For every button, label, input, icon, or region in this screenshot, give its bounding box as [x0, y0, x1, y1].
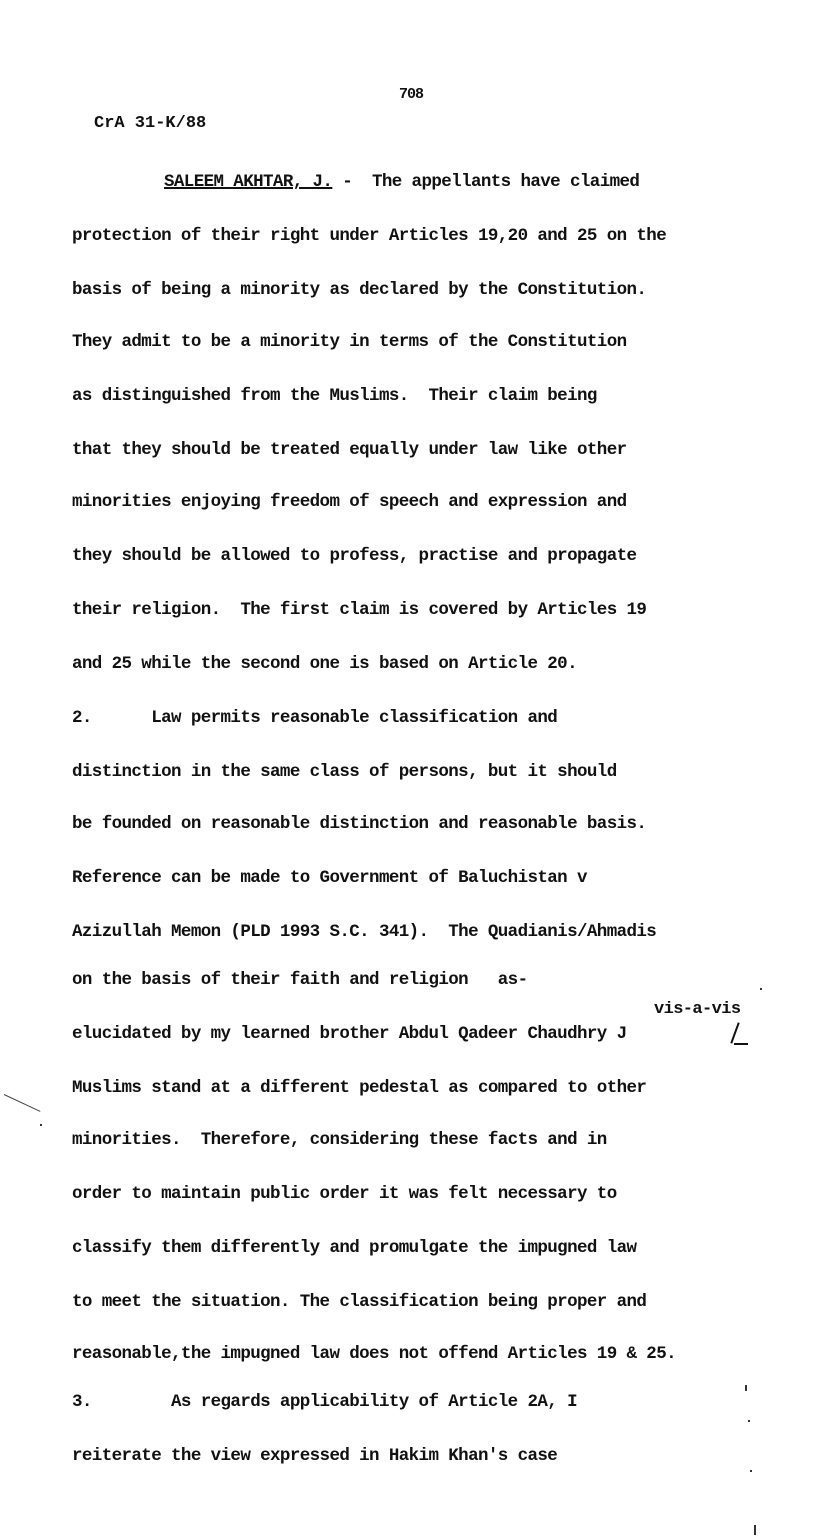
text-line: Azizullah Memon (PLD 1993 S.C. 341). The…	[72, 922, 656, 942]
opening-line: SALEEM AKHTAR, J. - The appellants have …	[164, 172, 639, 192]
scan-speck	[760, 988, 762, 990]
margin-insertion: vis-a-vis	[654, 1000, 740, 1019]
scan-speck	[754, 1525, 756, 1535]
text-line: protection of their right under Articles…	[72, 226, 666, 246]
judge-heading: SALEEM AKHTAR, J.	[164, 172, 332, 192]
scan-speck	[750, 1470, 752, 1472]
text-line: order to maintain public order it was fe…	[72, 1184, 617, 1204]
scan-artifact	[4, 1094, 41, 1112]
case-reference: CrA 31-K/88	[94, 114, 206, 133]
text-line: to meet the situation. The classificatio…	[72, 1292, 646, 1312]
text-line: 3. As regards applicability of Article 2…	[72, 1392, 577, 1412]
text-line: they should be allowed to profess, pract…	[72, 546, 636, 566]
text-line: elucidated by my learned brother Abdul Q…	[72, 1024, 627, 1044]
text-line: on the basis of their faith and religion…	[72, 970, 527, 990]
text-line: be founded on reasonable distinction and…	[72, 814, 646, 834]
text-line: minorities. Therefore, considering these…	[72, 1130, 607, 1150]
text-line: reasonable,the impugned law does not off…	[72, 1344, 676, 1364]
text-line: classify them differently and promulgate…	[72, 1238, 636, 1258]
scan-speck	[745, 1385, 747, 1391]
scan-speck	[748, 1420, 750, 1422]
insertion-caret-base	[734, 1043, 748, 1045]
text-line: reiterate the view expressed in Hakim Kh…	[72, 1446, 557, 1466]
insertion-caret-mark	[730, 1022, 739, 1043]
text-line: as distinguished from the Muslims. Their…	[72, 386, 597, 406]
text-line: and 25 while the second one is based on …	[72, 654, 577, 674]
text-line: basis of being a minority as declared by…	[72, 280, 646, 300]
text-line: distinction in the same class of persons…	[72, 762, 617, 782]
scan-speck	[40, 1124, 42, 1126]
text-line: 2. Law permits reasonable classification…	[72, 708, 557, 728]
text-line: that they should be treated equally unde…	[72, 440, 627, 460]
text-line: Muslims stand at a different pedestal as…	[72, 1078, 646, 1098]
text-line: - The appellants have claimed	[332, 172, 639, 192]
text-line: They admit to be a minority in terms of …	[72, 332, 627, 352]
text-line: their religion. The first claim is cover…	[72, 600, 646, 620]
page-number: 708	[399, 86, 423, 103]
text-line: minorities enjoying freedom of speech an…	[72, 492, 627, 512]
text-line: Reference can be made to Government of B…	[72, 868, 587, 888]
